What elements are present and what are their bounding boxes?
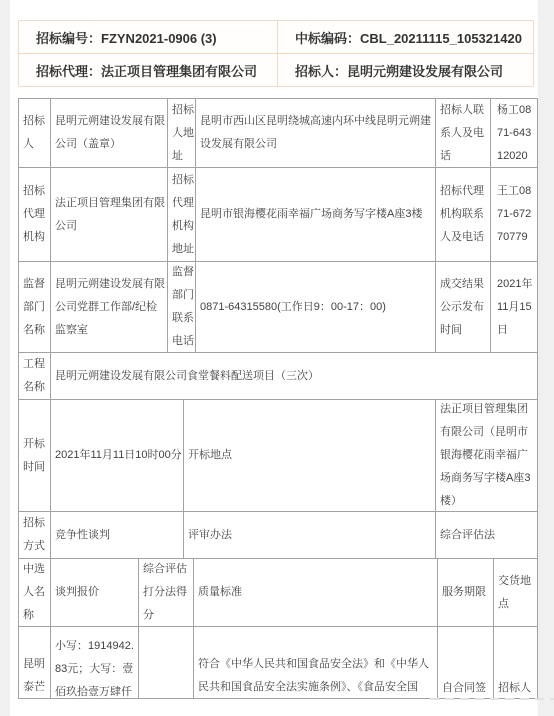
header-delivery-place: 交货地点 xyxy=(494,559,538,627)
table-row-winner-header: 中选人名称 谈判报价 综合评估打分法得分 质量标准 服务期限 交货地点 xyxy=(19,559,538,627)
header-winner-name: 中选人名称 xyxy=(19,559,51,627)
summary-row: 招标代理：法正项目管理集团有限公司 招标人：昆明元朔建设发展有限公司 xyxy=(19,53,533,86)
header-negotiated-price: 谈判报价 xyxy=(51,559,139,627)
label-agency: 招标代理机构 xyxy=(19,168,51,262)
value-tenderer-contact: 杨工0871-64312020 xyxy=(491,99,538,168)
value-winner-name: 昆明泰芒 xyxy=(19,627,51,699)
value-agency-contact: 王工0871-67270779 xyxy=(491,168,538,262)
value-tenderer: 昆明元朔建设发展有限公司（盖章） xyxy=(51,99,168,168)
table-row-tenderer: 招标人 昆明元朔建设发展有限公司（盖章） 招标人地址 昆明市西山区昆明绕城高速内… xyxy=(19,99,538,168)
value-supervision-phone: 0871-64315580(工作日9：00-17：00) xyxy=(196,262,436,353)
table-row-supervision: 监督部门名称 昆明元朔建设发展有限公司党群工作部/纪检监察室 监督部门联系电话 … xyxy=(19,262,538,353)
value-agency-address: 昆明市银海樱花雨幸福广场商务写字楼A座3楼 xyxy=(196,168,436,262)
label-agency-address: 招标代理机构地址 xyxy=(168,168,196,262)
label-agency-contact: 招标代理机构联系人及电话 xyxy=(436,168,491,262)
header-quality-standard: 质量标准 xyxy=(194,559,438,627)
summary-table: 招标编号：FZYN2021-0906 (3) 中标编码：CBL_20211115… xyxy=(18,20,534,87)
summary-winning-code: 中标编码：CBL_20211115_105321420 xyxy=(278,21,533,53)
value-supervision-dept: 昆明元朔建设发展有限公司党群工作部/纪检监察室 xyxy=(51,262,168,353)
label-supervision-phone: 监督部门联系电话 xyxy=(168,262,196,353)
table-row-bid-opening: 开标时间 2021年11月11日10时00分 开标地点 法正项目管理集团有限公司… xyxy=(19,400,538,512)
detail-table: 招标人 昆明元朔建设发展有限公司（盖章） 招标人地址 昆明市西山区昆明绕城高速内… xyxy=(18,98,538,699)
value-quality-standard: 符合《中华人民共和国食品安全法》和《中华人民共和国食品安全法实施条例》、《食品安… xyxy=(194,627,438,699)
faint-dashes-artifact xyxy=(430,698,554,700)
summary-tenderer: 招标人：昆明元朔建设发展有限公司 xyxy=(278,54,533,86)
summary-row: 招标编号：FZYN2021-0906 (3) 中标编码：CBL_20211115… xyxy=(19,21,533,53)
header-service-period: 服务期限 xyxy=(438,559,494,627)
value-negotiated-price: 小写：1914942.83元；大写：壹佰玖拾壹万肆仟 xyxy=(51,627,139,699)
label-tenderer: 招标人 xyxy=(19,99,51,168)
value-result-publish-time: 2021年11月15日 xyxy=(491,262,538,353)
value-score xyxy=(139,627,194,699)
content-card: 招标编号：FZYN2021-0906 (3) 中标编码：CBL_20211115… xyxy=(10,0,538,716)
value-bid-opening-time: 2021年11月11日10时00分 xyxy=(51,400,184,512)
label-result-publish-time: 成交结果公示发布时间 xyxy=(436,262,491,353)
value-project-name: 昆明元朔建设发展有限公司食堂餐料配送项目（三次） xyxy=(51,353,538,400)
label-supervision-dept: 监督部门名称 xyxy=(19,262,51,353)
table-row-method: 招标方式 竞争性谈判 评审办法 综合评估法 xyxy=(19,512,538,559)
table-row-agency: 招标代理机构 法正项目管理集团有限公司 招标代理机构地址 昆明市银海樱花雨幸福广… xyxy=(19,168,538,262)
value-tender-method: 竞争性谈判 xyxy=(51,512,184,559)
label-tenderer-contact: 招标人联系人及电话 xyxy=(436,99,491,168)
value-evaluation-method: 综合评估法 xyxy=(436,512,538,559)
value-service-period: 自合同签 xyxy=(438,627,494,699)
value-bid-opening-place: 法正项目管理集团有限公司（昆明市银海樱花雨幸福广场商务写字楼A座3楼） xyxy=(436,400,538,512)
label-project-name: 工程名称 xyxy=(19,353,51,400)
label-tender-method: 招标方式 xyxy=(19,512,51,559)
table-row-project: 工程名称 昆明元朔建设发展有限公司食堂餐料配送项目（三次） xyxy=(19,353,538,400)
label-evaluation-method: 评审办法 xyxy=(184,512,436,559)
label-bid-opening-time: 开标时间 xyxy=(19,400,51,512)
header-score: 综合评估打分法得分 xyxy=(139,559,194,627)
label-tenderer-address: 招标人地址 xyxy=(168,99,196,168)
table-row-winner-values: 昆明泰芒 小写：1914942.83元；大写：壹佰玖拾壹万肆仟 符合《中华人民共… xyxy=(19,627,538,699)
value-tenderer-address: 昆明市西山区昆明绕城高速内环中线昆明元朔建设发展有限公司 xyxy=(196,99,436,168)
label-bid-opening-place: 开标地点 xyxy=(184,400,436,512)
value-delivery-place: 招标人 xyxy=(494,627,538,699)
summary-tender-number: 招标编号：FZYN2021-0906 (3) xyxy=(19,21,278,53)
value-agency: 法正项目管理集团有限公司 xyxy=(51,168,168,262)
summary-tender-agency: 招标代理：法正项目管理集团有限公司 xyxy=(19,54,278,86)
